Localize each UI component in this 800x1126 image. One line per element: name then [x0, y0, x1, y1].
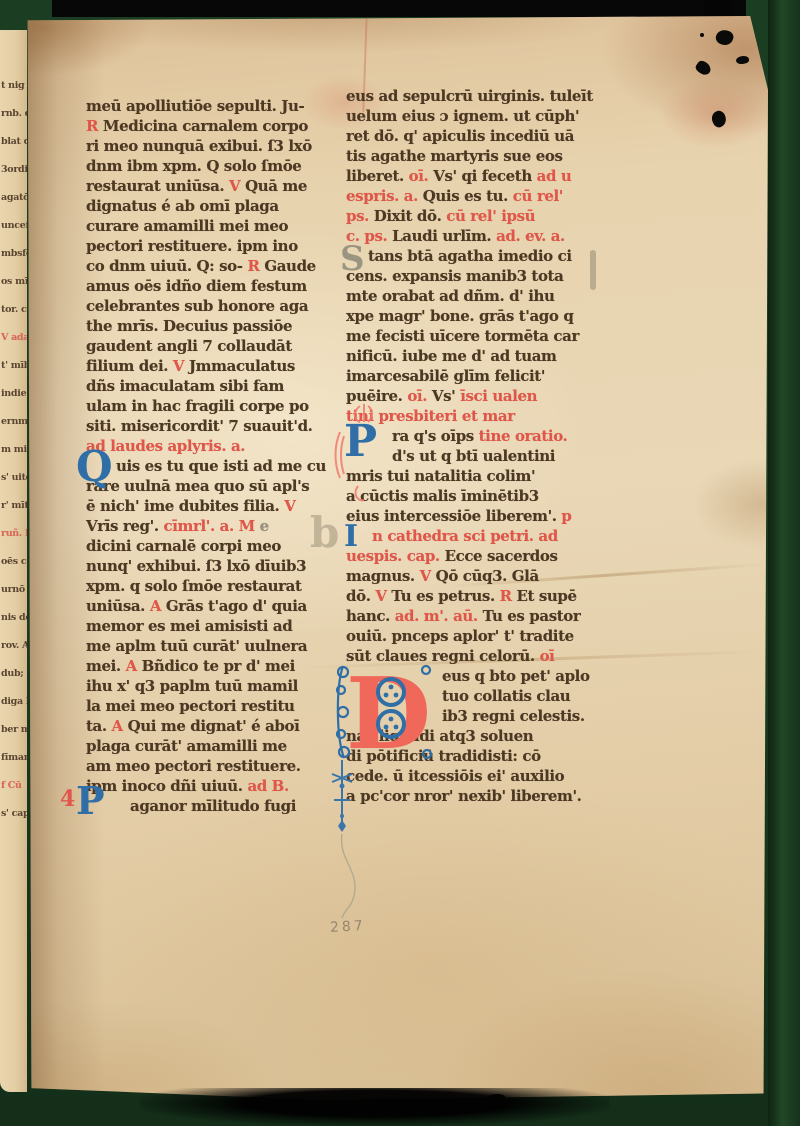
- text-segment: Ecce sacerdos: [445, 547, 558, 565]
- text-line: hanc. ad. m'. aū. Tu es pastor: [346, 606, 636, 626]
- text-segment: R: [247, 257, 264, 275]
- spine-text-fragment: ruñ. L: [0, 520, 27, 548]
- text-segment: meū apolliutiōe sepulti. Ju-: [86, 97, 304, 115]
- text-line: ra q's oīps tine oratio.: [346, 426, 636, 446]
- text-segment: oī: [540, 647, 555, 665]
- text-segment: me aplm tuū curāt' uulnera: [86, 637, 307, 655]
- spine-text-fragment: fīmand: [0, 744, 27, 772]
- text-line: nunq' exhibui. ſ3 lxō dīuib3: [86, 556, 344, 576]
- text-line: restaurat uniūsa. V Quā me: [86, 176, 344, 196]
- text-column-left: meū apolliutiōe sepulti. Ju-R Medicina c…: [86, 96, 344, 816]
- text-line: uelum eius ɔ ignem. ut cūph': [346, 106, 636, 126]
- text-line: ri meo nunquā exibui. ſ3 lxō: [86, 136, 344, 156]
- spine-text-fragment: 3ordic: [0, 156, 27, 184]
- text-segment: A: [126, 657, 142, 675]
- text-line: co dnm uiuū. Q: so- R Gaude: [86, 256, 344, 276]
- text-segment: Laudi urlīm.: [392, 227, 496, 245]
- text-segment: A: [112, 717, 128, 735]
- text-line: liberet. oī. Vs' qi feceth ad u: [346, 166, 636, 186]
- text-segment: mte orabat ad dñm. d' ihu: [346, 287, 555, 305]
- initial-p-left: P: [76, 782, 105, 820]
- spine-text-fragment: blat ct: [0, 128, 27, 156]
- text-segment: īsci ualen: [460, 387, 537, 405]
- text-segment: uelum eius ɔ ignem. ut cūph': [346, 107, 579, 125]
- filigree-red: [330, 402, 382, 506]
- text-segment: siti. misericordit' 7 suauit'd.: [86, 417, 313, 435]
- text-segment: cīmrl'. a. M: [163, 517, 259, 535]
- text-segment: oī.: [407, 387, 432, 405]
- text-line: am meo pectori restituere.: [86, 756, 344, 776]
- text-line: cede. ū itcessiōis ei' auxilio: [346, 766, 636, 786]
- spine-text-fragment: ernmōi: [0, 408, 27, 436]
- text-line: uespis. cap. Ecce sacerdos: [346, 546, 636, 566]
- text-segment: ad. m'. aū.: [395, 607, 483, 625]
- spine-text-fragment: os mīt: [0, 268, 27, 296]
- spine-text-fragment: s' uiter: [0, 464, 27, 492]
- text-segment: V: [173, 357, 189, 375]
- text-line: amus oēs idño diem festum: [86, 276, 344, 296]
- initial-s: S: [340, 242, 365, 276]
- text-line: xpe magr' bone. grās t'ago q: [346, 306, 636, 326]
- text-line: pectori restituere. ipm ino: [86, 236, 344, 256]
- text-segment: Quis es tu.: [423, 187, 513, 205]
- text-segment: nunq' exhibui. ſ3 lxō dīuib3: [86, 557, 306, 575]
- text-line: ihu x' q3 paplm tuū mamil: [86, 676, 344, 696]
- text-line: mei. A Bñdico te pr d' mei: [86, 656, 344, 676]
- text-line: ret dō. q' apiculis incediū uā: [346, 126, 636, 146]
- spine-text-fragment: indie fo: [0, 380, 27, 408]
- text-segment: oī.: [409, 167, 434, 185]
- text-segment: nificū. iube me d' ad tuam: [346, 347, 557, 365]
- text-segment: R: [86, 117, 103, 135]
- text-segment: ret dō. q' apiculis incediū uā: [346, 127, 574, 145]
- text-segment: cū rel': [513, 187, 563, 205]
- text-segment: R: [500, 587, 517, 605]
- text-segment: eus ad sepulcrū uirginis. tuleīt: [346, 87, 593, 105]
- text-line: me aplm tuū curāt' uulnera: [86, 636, 344, 656]
- text-segment: me fecisti uīcere tormēta car: [346, 327, 579, 345]
- text-segment: Vs': [432, 387, 460, 405]
- text-line: uniūsa. A Grās t'ago d' quia: [86, 596, 344, 616]
- manuscript-photo: t nig cirnb. ctblat ct3ordicagatōuncefia…: [0, 0, 800, 1126]
- spine-text-fragment: dub; de: [0, 660, 27, 688]
- text-segment: V: [229, 177, 245, 195]
- text-segment: Et supē: [516, 587, 576, 605]
- text-line: ouiū. pnceps aplor' t' tradite: [346, 626, 636, 646]
- text-segment: aganor mīlitudo fugi: [130, 797, 296, 815]
- text-line: c. ps. Laudi urlīm. ad. ev. a.: [346, 226, 636, 246]
- text-line: Vrīs reg'. cīmrl'. a. M e: [86, 516, 344, 536]
- text-segment: Gaude: [264, 257, 315, 275]
- text-segment: am meo pectori restituere.: [86, 757, 301, 775]
- text-segment: p: [561, 507, 571, 525]
- illuminated-initial-d: D: [334, 656, 434, 764]
- text-segment: magnus.: [346, 567, 420, 585]
- text-line: puēire. oī. Vs' īsci ualen: [346, 386, 636, 406]
- text-segment: ouiū. pnceps aplor' t' tradite: [346, 627, 574, 645]
- spine-text-fragment: uncefia: [0, 212, 27, 240]
- spine-text-fragment: V ada: [0, 324, 27, 352]
- text-line: gaudent angli 7 collaudāt: [86, 336, 344, 356]
- text-line: mris tui natalitia colim': [346, 466, 636, 486]
- initial-q: Q: [76, 446, 113, 488]
- text-segment: uniūsa.: [86, 597, 150, 615]
- text-segment: dicini carnalē corpi meo: [86, 537, 281, 555]
- text-line: a pc'cor nror' nexib' liberem'.: [346, 786, 636, 806]
- text-segment: V: [284, 497, 295, 515]
- text-segment: la mei meo pectori restitu: [86, 697, 295, 715]
- text-segment: d's ut q btī ualentini: [392, 447, 555, 465]
- text-segment: ē nich' ime dubites filia.: [86, 497, 284, 515]
- initial-i: I: [344, 522, 358, 552]
- text-segment: ihu x' q3 paplm tuū mamil: [86, 677, 298, 695]
- text-line: espris. a. Quis es tu. cū rel': [346, 186, 636, 206]
- text-line: plaga curāt' amamilli me: [86, 736, 344, 756]
- text-segment: uespis. cap.: [346, 547, 445, 565]
- text-line: ta. A Qui me dignat' é aboī: [86, 716, 344, 736]
- text-segment: a pc'cor nror' nexib' liberem'.: [346, 787, 582, 805]
- text-segment: Qō cūq3. Glā: [436, 567, 539, 585]
- text-segment: ri meo nunquā exibui. ſ3 lxō: [86, 137, 312, 155]
- spine-text-fragment: r' mītei: [0, 492, 27, 520]
- text-line: ē nich' ime dubites filia. V: [86, 496, 344, 516]
- text-line: dnm ibm xpm. Q solo ſmōe: [86, 156, 344, 176]
- text-segment: curare amamilli mei meo: [86, 217, 288, 235]
- text-segment: hanc.: [346, 607, 395, 625]
- text-line: me fecisti uīcere tormēta car: [346, 326, 636, 346]
- text-line: ps. Dixit dō. cū rel' ipsū: [346, 206, 636, 226]
- text-line: siti. misericordit' 7 suauit'd.: [86, 416, 344, 436]
- text-segment: Jmmaculatus: [189, 357, 295, 375]
- backdrop-shadow-bottom: [140, 1088, 610, 1126]
- spine-text-fragment: t nig ci: [0, 72, 27, 100]
- text-line: eius intercessiōe liberem'. p: [346, 506, 636, 526]
- text-segment: n cathedra sci petri. ad: [372, 527, 558, 545]
- spine-text-fragment: nis dom: [0, 604, 27, 632]
- text-segment: V: [420, 567, 436, 585]
- book-spine-edge: t nig cirnb. ctblat ct3ordicagatōuncefia…: [0, 30, 27, 1092]
- text-line: celebrantes sub honore aga: [86, 296, 344, 316]
- spine-text-fragment: mbsfca: [0, 240, 27, 268]
- text-line: curare amamilli mei meo: [86, 216, 344, 236]
- text-line: tis agathe martyris sue eos: [346, 146, 636, 166]
- text-segment: dignatus é ab omī plaga: [86, 197, 279, 215]
- text-segment: Quā me: [245, 177, 307, 195]
- text-line: xpm. q solo ſmōe restaurat: [86, 576, 344, 596]
- text-segment: ad u: [537, 167, 572, 185]
- text-line: dñs imaculatam sibi fam: [86, 376, 344, 396]
- text-segment: gaudent angli 7 collaudāt: [86, 337, 292, 355]
- text-line: R Medicina carnalem corpo: [86, 116, 344, 136]
- ink-blot: [709, 109, 728, 129]
- text-segment: restaurat uniūsa.: [86, 177, 229, 195]
- text-segment: filium dei.: [86, 357, 173, 375]
- text-segment: liberet.: [346, 167, 409, 185]
- text-line: dignatus é ab omī plaga: [86, 196, 344, 216]
- text-segment: amus oēs idño diem festum: [86, 277, 307, 295]
- text-segment: mei.: [86, 657, 126, 675]
- spine-text-fragment: agatō: [0, 184, 27, 212]
- text-segment: cens. expansis manib3 tota: [346, 267, 563, 285]
- text-segment: dō.: [346, 587, 375, 605]
- text-segment: ulam in hac fragili corpe po: [86, 397, 309, 415]
- ink-blot: [714, 28, 735, 48]
- text-segment: dñs imaculatam sibi fam: [86, 377, 284, 395]
- spine-text-fragment: ber mōr: [0, 716, 27, 744]
- text-line: filium dei. V Jmmaculatus: [86, 356, 344, 376]
- text-segment: dnm ibm xpm. Q solo ſmōe: [86, 157, 301, 175]
- ghost-letter: b: [310, 508, 339, 557]
- text-segment: celebrantes sub honore aga: [86, 297, 308, 315]
- margin-mark: [590, 250, 596, 290]
- initial-4-red: 4: [60, 788, 75, 810]
- text-segment: eius intercessiōe liberem'.: [346, 507, 561, 525]
- text-line: aganor mīlitudo fugi: [86, 796, 344, 816]
- text-segment: xpm. q solo ſmōe restaurat: [86, 577, 302, 595]
- text-segment: ipm inoco dñi uiuū.: [86, 777, 247, 795]
- spine-text-fragment: rov. Am: [0, 632, 27, 660]
- text-segment: A: [150, 597, 166, 615]
- text-segment: Bñdico te pr d' mei: [142, 657, 295, 675]
- spine-text-fragment: f Cū: [0, 772, 27, 800]
- text-segment: tuo collatis clau: [442, 687, 570, 705]
- spine-text-fragment: diga hr: [0, 688, 27, 716]
- text-segment: tans btā agatha imedio ci: [368, 247, 572, 265]
- text-line: magnus. V Qō cūq3. Glā: [346, 566, 636, 586]
- text-segment: co dnm uiuū. Q: so-: [86, 257, 247, 275]
- text-segment: Grās t'ago d' quia: [166, 597, 307, 615]
- spine-text-fragment: s' cap: [0, 800, 27, 828]
- spine-text-fragment: m mill: [0, 436, 27, 464]
- text-segment: tis agathe martyris sue eos: [346, 147, 563, 165]
- text-line: ad laudes aplyris. a.: [86, 436, 344, 456]
- spine-text-fragment: oēs cap: [0, 548, 27, 576]
- text-segment: ra q's oīps: [392, 427, 479, 445]
- text-line: rare uulnā mea quo sū apl's: [86, 476, 344, 496]
- text-segment: tine oratio.: [479, 427, 568, 445]
- text-segment: espris. a.: [346, 187, 423, 205]
- manuscript-page: meū apolliutiōe sepulti. Ju-R Medicina c…: [24, 16, 768, 1100]
- text-segment: ib3 regni celestis.: [442, 707, 585, 725]
- text-line: the mrīs. Decuius passiōe: [86, 316, 344, 336]
- backdrop-shadow-top: [52, 0, 746, 17]
- ink-blot: [694, 59, 713, 77]
- text-line: eus ad sepulcrū uirginis. tuleīt: [346, 86, 636, 106]
- text-line: a cūctis malis īminētib3: [346, 486, 636, 506]
- text-segment: Tu es petrus.: [391, 587, 499, 605]
- ink-blot: [735, 55, 749, 66]
- text-segment: Qui me dignat' é aboī: [128, 717, 300, 735]
- spine-text-fragment: urnō a: [0, 576, 27, 604]
- text-line: imarcesabilē glīm felicit': [346, 366, 636, 386]
- pen-flourish: [320, 760, 380, 930]
- text-segment: Medicina carnalem corpo: [103, 117, 308, 135]
- text-segment: Vs' qi feceth: [433, 167, 536, 185]
- text-segment: V: [375, 587, 391, 605]
- spine-text-fragment: t' mīb;: [0, 352, 27, 380]
- text-line: la mei meo pectori restitu: [86, 696, 344, 716]
- text-line: nificū. iube me d' ad tuam: [346, 346, 636, 366]
- text-segment: pectori restituere. ipm ino: [86, 237, 298, 255]
- text-segment: Vrīs reg'.: [86, 517, 163, 535]
- text-line: memor es mei amisisti ad: [86, 616, 344, 636]
- spine-text-fragment: rnb. ct: [0, 100, 27, 128]
- text-segment: imarcesabilē glīm felicit': [346, 367, 545, 385]
- text-line: dō. V Tu es petrus. R Et supē: [346, 586, 636, 606]
- text-segment: plaga curāt' amamilli me: [86, 737, 287, 755]
- text-line: uis es tu que isti ad me cu: [86, 456, 344, 476]
- text-segment: rare uulnā mea quo sū apl's: [86, 477, 309, 495]
- text-segment: Tu es pastor: [483, 607, 581, 625]
- text-segment: e: [260, 517, 269, 535]
- text-line: d's ut q btī ualentini: [346, 446, 636, 466]
- text-segment: Dixit dō.: [374, 207, 446, 225]
- text-line: meū apolliutiōe sepulti. Ju-: [86, 96, 344, 116]
- backdrop-right: [768, 0, 800, 1126]
- text-segment: uis es tu que isti ad me cu: [116, 457, 326, 475]
- text-line: n cathedra sci petri. ad: [346, 526, 636, 546]
- text-line: dicini carnalē corpi meo: [86, 536, 344, 556]
- text-segment: ps.: [346, 207, 374, 225]
- text-line: ipm inoco dñi uiuū. ad B.: [86, 776, 344, 796]
- text-segment: eus q bto pet' aplo: [442, 667, 590, 685]
- spine-text-fragment: tor. ci: [0, 296, 27, 324]
- text-segment: the mrīs. Decuius passiōe: [86, 317, 292, 335]
- text-segment: cū rel' ipsū: [446, 207, 535, 225]
- text-segment: memor es mei amisisti ad: [86, 617, 292, 635]
- text-segment: ad B.: [247, 777, 288, 795]
- text-segment: ad. ev. a.: [496, 227, 565, 245]
- text-segment: xpe magr' bone. grās t'ago q: [346, 307, 573, 325]
- text-line: tini presbiteri et mar: [346, 406, 636, 426]
- text-segment: ta.: [86, 717, 112, 735]
- page-number-pencil: 287: [330, 918, 367, 936]
- ink-blot: [700, 33, 704, 37]
- text-line: ulam in hac fragili corpe po: [86, 396, 344, 416]
